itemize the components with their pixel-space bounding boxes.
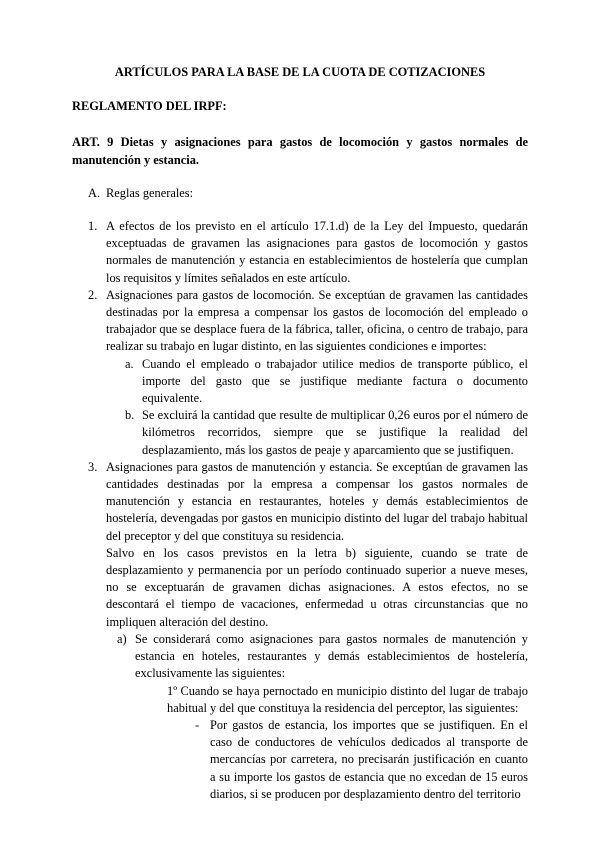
article-heading: ART. 9 Dietas y asignaciones para gastos… [72,134,528,168]
list-item-2a-text: Cuando el empleado o trabajador utilice … [142,356,528,408]
list-item-1: 1. A efectos de los previsto en el artíc… [88,218,528,287]
list-item-2b-marker: b. [125,407,142,459]
dash-item-text: Por gastos de estancia, los importes que… [210,717,528,803]
ordinal-1-paragraph: 1º Cuando se haya pernoctado en municipi… [167,683,528,717]
list-item-2b: b. Se excluirá la cantidad que resulte d… [125,407,528,459]
section-a-marker: A. [88,185,106,202]
list-item-1-marker: 1. [88,218,106,287]
section-a-label: Reglas generales: [106,185,528,202]
list-item-3-marker: 3. [88,459,106,545]
list-item-2b-text: Se excluirá la cantidad que resulte de m… [142,407,528,459]
list-item-3: 3. Asignaciones para gastos de manutenci… [88,459,528,545]
section-a: A. Reglas generales: [88,185,528,202]
document-page: ARTÍCULOS PARA LA BASE DE LA CUOTA DE CO… [0,0,600,848]
list-item-2a-marker: a. [125,356,142,408]
dash-item: - Por gastos de estancia, los importes q… [195,717,528,803]
list-item-3a-marker: a) [117,631,135,683]
list-item-1-text: A efectos de los previsto en el artículo… [106,218,528,287]
list-item-3a-text: Se considerará como asignaciones para ga… [135,631,528,683]
list-item-2-marker: 2. [88,287,106,356]
document-title: ARTÍCULOS PARA LA BASE DE LA CUOTA DE CO… [72,64,528,81]
list-item-3-text: Asignaciones para gastos de manutención … [106,459,528,545]
list-item-2-text: Asignaciones para gastos de locomoción. … [106,287,528,356]
dash-item-marker: - [195,717,210,803]
list-item-2: 2. Asignaciones para gastos de locomoció… [88,287,528,356]
list-item-3a: a) Se considerará como asignaciones para… [117,631,528,683]
list-item-3-paragraph: Salvo en los casos previstos en la letra… [106,545,528,631]
list-item-2a: a. Cuando el empleado o trabajador utili… [125,356,528,408]
regulation-heading: REGLAMENTO DEL IRPF: [72,98,528,115]
